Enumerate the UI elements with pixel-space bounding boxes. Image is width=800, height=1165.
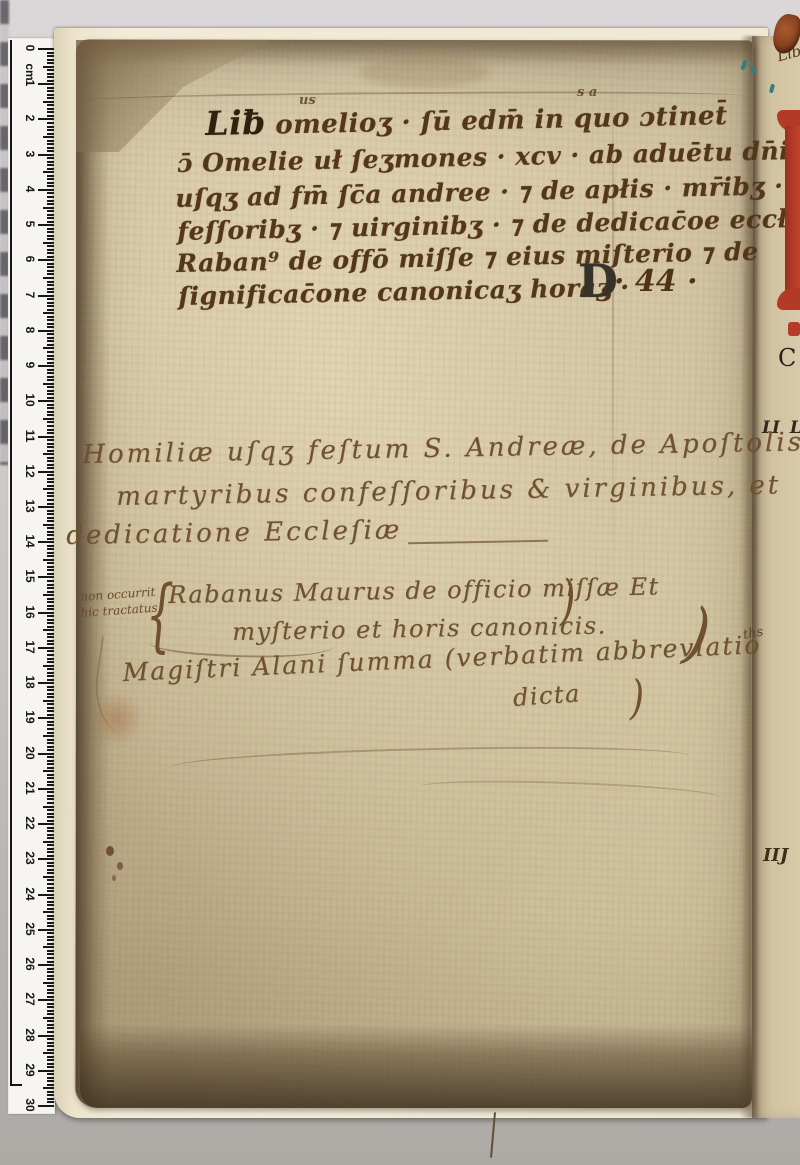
ruler-tick [47,450,54,452]
ruler-tick [47,333,54,335]
ruler-tick [47,351,54,353]
ruler-tick [47,679,54,681]
ruler-tick [47,492,54,494]
ruler-tick [43,665,54,667]
ruler-tick [47,767,54,769]
ruler-tick [47,1020,54,1022]
ruler-tick [47,1006,54,1008]
ruler-tick [47,203,54,205]
ruler-tick [47,562,54,564]
ruler-tick [47,975,54,977]
ruler-tick [47,245,54,247]
ruler-tick [43,594,54,596]
ruler-tick [47,404,54,406]
ruler-number: 15 [23,567,37,585]
ruler-tick [47,939,54,941]
ruler-tick [47,693,54,695]
ruler-tick [43,312,54,314]
ruler-tick [47,126,54,128]
ruler-tick [47,1098,54,1100]
ruler-tick [47,185,54,187]
ruler-tick [47,569,54,571]
ruler-tick [47,1094,54,1096]
ruler-tick [47,323,54,325]
ruler-tick [47,1013,54,1015]
ruler-tick [47,62,54,64]
ruler-tick [47,161,54,163]
ruler-tick [47,1059,54,1061]
ruler-tick [43,171,54,173]
ruler-tick [47,527,54,529]
ruler-tick [47,228,54,230]
ruler-tick [47,157,54,159]
ruler-tick [43,453,54,455]
ruler-tick [47,774,54,776]
ruler-number: 9 [23,356,37,374]
ruler-tick [47,252,54,254]
ruler-tick [47,59,54,61]
ruler-tick [47,175,54,177]
note-upper-line-3: dedicatione Eccleſiæ [66,515,403,551]
ruler-tick [47,827,54,829]
ruler-tick [47,943,54,945]
ruler-tick [38,1070,54,1072]
ruler-tick [43,946,54,948]
ruler-tick [38,189,54,191]
ruler-tick [47,340,54,342]
ruler-tick [43,524,54,526]
ruler-tick [47,686,54,688]
ruler-number: 21 [23,779,37,797]
ruler-tick [47,467,54,469]
ruler-tick [47,908,54,910]
ruler-tick [47,869,54,871]
facing-page-quire-mark-2: IIJ [763,845,788,866]
ruler-tick [47,513,54,515]
shelfmark-number: · 44 · [614,264,698,299]
facing-page-quire-mark-1: II L [762,418,800,438]
ruler-tick [47,319,54,321]
ruler-number: 30 [23,1096,37,1114]
ruler-tick [38,259,54,261]
ruler-tick [47,950,54,952]
ruler-tick [47,763,54,765]
ruler-tick [47,94,54,96]
ruler-tick [47,696,54,698]
ruler-number: 26 [23,955,37,973]
ruler-number: 12 [23,462,37,480]
ruler-tick [47,961,54,963]
ruler-tick [47,816,54,818]
ruler-tick [47,429,54,431]
ruler-tick [38,541,54,543]
ruler-tick [47,316,54,318]
ruler-tick [47,115,54,117]
ruler-tick [47,302,54,304]
ruler-scale: 0123456789101112131415161718192021222324… [8,38,55,1114]
ruler-tick [47,742,54,744]
ruler-number: 4 [23,180,37,198]
ruler-tick [47,724,54,726]
ruler-tick [47,672,54,674]
ruler-tick [47,879,54,881]
ruler-tick [47,358,54,360]
ruler-tick [47,887,54,889]
ruler-tick [47,214,54,216]
ruler-number: 18 [23,673,37,691]
ruler-tick [47,834,54,836]
ruler-tick [47,217,54,219]
ruler-tick [47,52,54,54]
ruler-tick [47,1091,54,1093]
ruler-tick [47,897,54,899]
ruler-tick [47,675,54,677]
ruler-tick [47,238,54,240]
ruler-tick [47,446,54,448]
ruler-tick [47,1031,54,1033]
ruler-tick [38,647,54,649]
ruler-tick [47,379,54,381]
ruler-tick [38,682,54,684]
ruler-tick [47,654,54,656]
ruler-tick [47,284,54,286]
ruler-tick [47,601,54,603]
ruler-tick [47,73,54,75]
ruler-tick [47,1010,54,1012]
ruler-tick [47,552,54,554]
ruler-tick [43,841,54,843]
ruler-tick [47,1063,54,1065]
ruler-tick [47,372,54,374]
ruler-tick [47,263,54,265]
ruler-tick [47,971,54,973]
ruler-number: 28 [23,1026,37,1044]
ruler-tick [47,598,54,600]
ruler-tick [47,55,54,57]
ruler-tick [47,591,54,593]
ruler-tick [47,457,54,459]
ruler-tick [47,122,54,124]
ruler-tick [47,802,54,804]
ruler-tick [47,256,54,258]
ruler-tick [47,1066,54,1068]
ruler-tick [47,746,54,748]
ruler-tick [43,66,54,68]
ruler-tick [47,425,54,427]
ruler-tick [43,383,54,385]
ruler-tick [47,587,54,589]
ruler-number: 0 [23,39,37,57]
ruler-number: 27 [23,990,37,1008]
ruler-tick [47,140,54,142]
ruler-number: 19 [23,708,37,726]
ruler-tick [38,224,54,226]
ruler-number: 25 [23,920,37,938]
ruler-number: 3 [23,145,37,163]
ruler-tick [47,192,54,194]
ruler-tick [47,813,54,815]
ruler-tick [47,443,54,445]
ruler-tick [47,580,54,582]
ruler-tick [47,1024,54,1026]
ruler-tick [47,890,54,892]
ruler-tick [47,1045,54,1047]
ruler-tick [47,985,54,987]
ruler-tick [47,344,54,346]
ruler-tick [47,129,54,131]
ruler-tick [47,968,54,970]
ruler-tick [47,196,54,198]
ruler-tick [47,668,54,670]
ruler-tick [47,1080,54,1082]
ruler-tick [47,69,54,71]
ruler-tick [47,200,54,202]
ruler-tick [47,520,54,522]
ruler-number: 7 [23,286,37,304]
ruler-tick [47,795,54,797]
ruler-tick [43,101,54,103]
ruler-tick [47,760,54,762]
ruler-number: 13 [23,497,37,515]
ruler-tick [47,555,54,557]
ruler-tick [47,707,54,709]
ruler-tick [47,791,54,793]
ruler-tick [38,48,54,50]
ruler-tick [47,464,54,466]
ruler-tick [47,844,54,846]
ruler-tick [47,76,54,78]
ruler-tick [47,407,54,409]
facing-page-letter-fragment: C [778,344,796,372]
ruler-number: 14 [23,532,37,550]
ruler-tick [47,305,54,307]
ruler-tick [47,1073,54,1075]
ruler-tick [47,235,54,237]
ruler-tick [47,855,54,857]
ruler-tick [47,848,54,850]
ruler-tick [47,273,54,275]
ruler-tick [38,576,54,578]
ruler-tick [47,640,54,642]
ruler-tick [47,495,54,497]
ruler-tick [38,436,54,438]
ruler-tick [47,90,54,92]
ruler-tick [47,510,54,512]
ruler-tick [38,894,54,896]
ruler-tick [47,626,54,628]
ruler-tick [47,411,54,413]
paren-close-3: ) [630,672,644,725]
ruler-tick [47,992,54,994]
medieval-title-initial: Liƀ [205,103,266,143]
ruler-tick [43,700,54,702]
ruler-tick [38,506,54,508]
ruler-tick [47,636,54,638]
ruler-tick [47,87,54,89]
ruler-tick [47,922,54,924]
ruler-tick [47,703,54,705]
ruler-tick [43,1052,54,1054]
ruler-tick [47,309,54,311]
ruler-tick [38,365,54,367]
ruler-tick [47,584,54,586]
ruler-tick [47,925,54,927]
measuring-ruler: 0123456789101112131415161718192021222324… [8,38,55,1114]
ruler-tick [38,330,54,332]
ruler-tick [47,1056,54,1058]
ruler-tick [47,830,54,832]
ruler-tick [47,915,54,917]
ruler-tick [47,390,54,392]
ruler-number: 23 [23,849,37,867]
ruler-tick [43,559,54,561]
ruler-tick [47,548,54,550]
ruler-tick [38,118,54,120]
ruler-tick [47,633,54,635]
ruler-tick [47,355,54,357]
ruler-tick [47,369,54,371]
ruler-tick [43,1087,54,1089]
ruler-tick [47,460,54,462]
ruler-tick [47,270,54,272]
ruler-tick [43,488,54,490]
ruler-tick [47,531,54,533]
ruler-tick [47,936,54,938]
ruler-tick [43,136,54,138]
ruler-tick [47,421,54,423]
ruler-tick [47,851,54,853]
ruler-tick [47,784,54,786]
ruler-tick [43,770,54,772]
ruler-tick [38,612,54,614]
ruler-tick [47,605,54,607]
ruler-tick [47,337,54,339]
ruler-tick [47,386,54,388]
ruler-tick [47,756,54,758]
ruler-tick [43,418,54,420]
ruler-tick [43,277,54,279]
ruler-tick [47,111,54,113]
ruler-tick [47,573,54,575]
ruler-number: 10 [23,391,37,409]
note-lower-line-4: dicta [512,679,582,712]
ruler-tick [47,221,54,223]
ruler-tick [43,806,54,808]
ruler-number: 11 [23,427,37,445]
ruler-number: 24 [23,885,37,903]
ruler-tick [47,298,54,300]
ruler-tick [47,650,54,652]
ruler-tick [38,999,54,1001]
ruler-tick [47,1077,54,1079]
ruler-tick [47,147,54,149]
ruler-tick [43,876,54,878]
ruler-tick [47,1042,54,1044]
ruler-tick [47,210,54,212]
ruler-tick [47,749,54,751]
ruler-tick [47,721,54,723]
ruler-tick [47,474,54,476]
ruler-tick [47,710,54,712]
ruler-tick [38,858,54,860]
ruler-tick [47,150,54,152]
ruler-tick [47,326,54,328]
ruler-tick [47,918,54,920]
ruler-tick [47,534,54,536]
ruler-tick [43,629,54,631]
ruler-tick [38,400,54,402]
ruler-tick [47,728,54,730]
ruler-tick [47,622,54,624]
ruler-tick [47,481,54,483]
ruler-tick [47,798,54,800]
ruler-tick [43,735,54,737]
ruler-tick [47,291,54,293]
ruler-tick [47,1027,54,1029]
ruler-tick [47,249,54,251]
ruler-tick [47,566,54,568]
ruler-tick [47,781,54,783]
ruler-tick [47,485,54,487]
ruler-tick [47,732,54,734]
ruler-number: 22 [23,814,37,832]
ruler-tick [47,957,54,959]
interlinear-gloss: s a [577,85,597,100]
ruler-tick [47,478,54,480]
ruler-tick [47,362,54,364]
ruler-tick [47,168,54,170]
ruler-number: 2 [23,109,37,127]
ruler-tick [47,178,54,180]
ruler-tick [47,432,54,434]
ruler-tick [47,615,54,617]
ruler-tick [38,471,54,473]
ruler-tick [47,545,54,547]
ruler-tick [43,1017,54,1019]
ruler-tick [47,143,54,145]
ruler-tick [38,1035,54,1037]
ruler-tick [47,904,54,906]
manuscript-photo: 0123456789101112131415161718192021222324… [0,0,800,1165]
ruler-tick [38,83,54,85]
ruler-tick [43,242,54,244]
ruler-tick [47,1084,54,1086]
ruler-tick [47,777,54,779]
ruler-tick [47,932,54,934]
ruler-tick [47,503,54,505]
ruler-tick [47,608,54,610]
ruler-tick [43,982,54,984]
shelfmark-initial: D [578,254,618,308]
ruler-tick [47,1101,54,1103]
ruler-tick [47,108,54,110]
ruler-tick [47,872,54,874]
ruler-tick [47,1049,54,1051]
ruler-number: 6 [23,250,37,268]
ruler-tick [47,820,54,822]
ruler-tick [47,883,54,885]
ruler-tick [47,643,54,645]
ruler-number: 5 [23,215,37,233]
ruler-number: 16 [23,603,37,621]
ruler-tick [47,1003,54,1005]
ruler-tick [47,661,54,663]
ruler-tick [47,393,54,395]
ruler-tick [47,739,54,741]
ruler-tick [47,97,54,99]
ruler-tick [47,80,54,82]
ruler-tick [47,862,54,864]
